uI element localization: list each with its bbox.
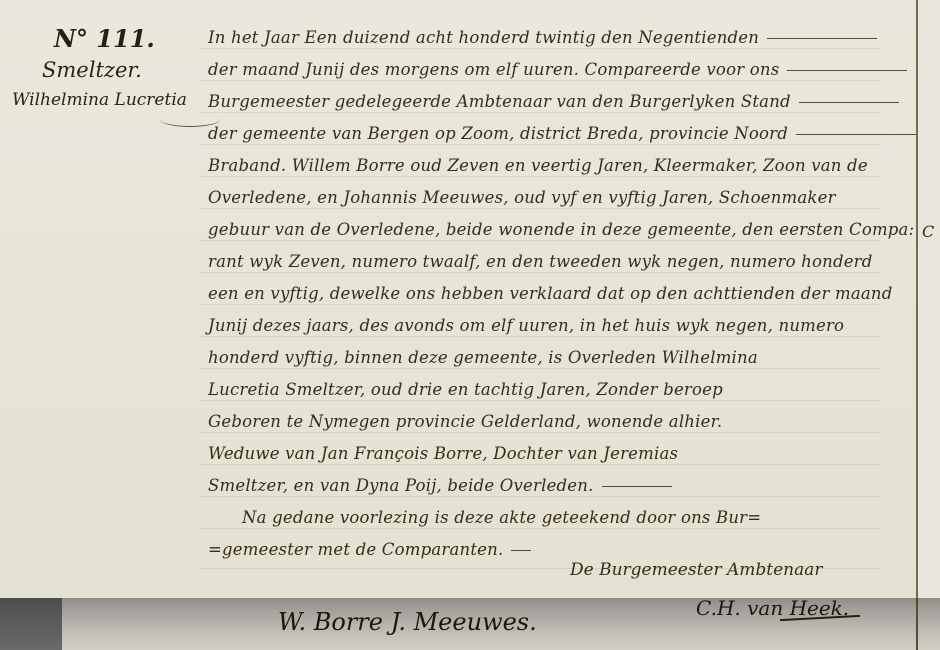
scan-shadow (0, 598, 62, 650)
margin-given-names: Wilhelmina Lucretia (12, 90, 187, 110)
text-line: Braband. Willem Borre oud Zeven en veert… (208, 156, 868, 175)
text-line: In het Jaar Een duizend acht honderd twi… (208, 28, 877, 47)
text-line: der gemeente van Bergen op Zoom, distric… (208, 124, 936, 143)
ruled-line (200, 432, 880, 433)
adjacent-page: C (918, 0, 940, 598)
ruled-line (200, 400, 880, 401)
text-line: Smeltzer, en van Dyna Poij, beide Overle… (208, 476, 672, 495)
ruled-line (200, 528, 880, 529)
text-line: een en vyftig, dewelke ons hebben verkla… (208, 284, 893, 303)
text-line: rant wyk Zeven, numero twaalf, en den tw… (208, 252, 873, 271)
ruled-line (200, 496, 880, 497)
ruled-line (200, 80, 880, 81)
text-line: =gemeester met de Comparanten. (208, 540, 531, 559)
ruled-line (200, 368, 880, 369)
text-line: der maand Junij des morgens om elf uuren… (208, 60, 907, 79)
act-number: N° 111. (54, 24, 155, 53)
text-line: gebuur van de Overledene, beide wonende … (208, 220, 914, 239)
text-line: Weduwe van Jan François Borre, Dochter v… (208, 444, 678, 463)
witness-signatures: W. Borre J. Meeuwes. (278, 608, 537, 636)
text-line: Junij dezes jaars, des avonds om elf uur… (208, 316, 844, 335)
adjacent-page-fragment: C (922, 222, 934, 241)
text-line: Lucretia Smeltzer, oud drie en tachtig J… (208, 380, 723, 399)
binding-line (916, 598, 918, 650)
ruled-line (200, 240, 880, 241)
ruled-line (200, 48, 880, 49)
ruled-line (200, 464, 880, 465)
ruled-line (200, 176, 880, 177)
margin-surname: Smeltzer. (42, 58, 142, 82)
official-caption: De Burgemeester Ambtenaar (570, 560, 823, 580)
text-line: Na gedane voorlezing is deze akte geteek… (242, 508, 761, 527)
text-line: Burgemeester gedelegeerde Ambtenaar van … (208, 92, 899, 111)
ruled-line (200, 336, 880, 337)
register-page: N° 111. Smeltzer. Wilhelmina Lucretia In… (0, 0, 940, 598)
ruled-line (200, 208, 880, 209)
ruled-line (200, 112, 880, 113)
ruled-line (200, 304, 880, 305)
text-line: Geboren te Nymegen provincie Gelderland,… (208, 412, 722, 431)
text-line: Overledene, en Johannis Meeuwes, oud vyf… (208, 188, 836, 207)
ruled-line (200, 144, 880, 145)
text-line: honderd vyftig, binnen deze gemeente, is… (208, 348, 758, 367)
ruled-line (200, 272, 880, 273)
